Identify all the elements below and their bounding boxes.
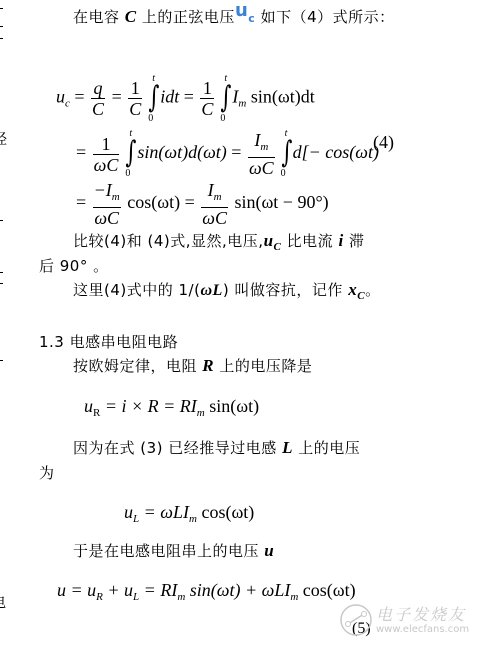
numerator: 1 xyxy=(93,134,120,155)
fraction: qC xyxy=(91,78,105,119)
text: 上的电压降是 xyxy=(219,357,312,375)
paragraph-ohms-law: 按欧姆定律，电阻 R 上的电压降是 xyxy=(73,355,312,376)
equals: = xyxy=(76,142,86,162)
eq-mid: = RI xyxy=(139,580,177,600)
uc-main: u xyxy=(235,0,248,21)
var-r: R xyxy=(202,356,214,375)
fraction: ImωC xyxy=(248,130,275,178)
denominator: C xyxy=(91,99,105,119)
margin-tick xyxy=(0,272,3,273)
var-u: u xyxy=(264,231,274,250)
denominator: C xyxy=(200,99,214,119)
numerator: −Im xyxy=(93,180,121,208)
text: 这里(4)式中的 1/( xyxy=(73,281,200,299)
equation-line-3: = −ImωC cos(ωt) = ImωC sin(ωt − 90°) xyxy=(76,180,329,228)
var-x: x xyxy=(348,280,357,299)
var-c: C xyxy=(125,7,137,26)
paragraph-series-voltage: 于是在电感电阻串上的电压 u xyxy=(73,540,274,561)
sub: R xyxy=(96,591,103,603)
denominator: ωC xyxy=(248,158,275,178)
equation-ur: uR = i × R = RIm sin(ωt) xyxy=(84,396,259,419)
equation-ul: uL = ωLIm cos(ωt) xyxy=(124,502,254,525)
integral-icon: ∫t0 xyxy=(279,134,291,174)
eq-tail: cos(ωt) xyxy=(298,580,355,600)
equals: = xyxy=(184,87,194,107)
denominator: ωC xyxy=(201,208,228,228)
sub: C xyxy=(274,241,282,253)
numerator: q xyxy=(91,78,105,99)
margin-glyph: 经 xyxy=(0,128,7,149)
eq-u: u xyxy=(84,396,93,416)
equals: = xyxy=(112,87,122,107)
paragraph-comparison-line2: 后 90° 。 xyxy=(39,255,109,276)
int-lower: 0 xyxy=(220,113,225,124)
sub: m xyxy=(189,513,197,525)
paragraph-intro: 在电容 C 上的正弦电压uc 如下（4）式所示： xyxy=(73,6,395,27)
margin-tick xyxy=(0,26,3,27)
integrand: sin(ωt)d(ωt) xyxy=(137,142,226,162)
equals: = xyxy=(74,87,84,107)
equation-number: (4) xyxy=(373,132,394,153)
denominator: C xyxy=(128,99,142,119)
num-text: −I xyxy=(94,180,112,200)
fraction: ImωC xyxy=(201,180,228,228)
paragraph-inductor-voltage: 因为在式 (3) 已经推导过电感 L 上的电压 xyxy=(73,437,360,458)
var-omega-l: ωL xyxy=(200,282,222,299)
equals: = xyxy=(231,142,241,162)
fraction: 1ωC xyxy=(93,134,120,175)
margin-tick xyxy=(0,220,3,221)
integrand-rest: sin(ωt)dt xyxy=(246,87,314,107)
fraction: 1C xyxy=(200,78,214,119)
integrand: idt xyxy=(160,87,179,107)
var-u: u xyxy=(264,541,274,560)
eq-plus: + u xyxy=(103,580,133,600)
uc-sub: c xyxy=(248,12,255,25)
eq-lhs: u xyxy=(56,87,65,107)
int-upper: t xyxy=(129,128,132,139)
eq-tail: sin(ωt − 90°) xyxy=(234,192,328,212)
paragraph-capacitive-reactance: 这里(4)式中的 1/(ωL) 叫做容抗，记作 xC。 xyxy=(73,279,381,302)
section-heading: 1.3 电感串电阻电路 xyxy=(39,331,178,352)
text: 于是在电感电阻串上的电压 xyxy=(73,542,259,560)
margin-glyph: 电 xyxy=(0,591,6,612)
int-lower: 0 xyxy=(148,113,153,124)
integral-icon: ∫t0 xyxy=(123,134,135,174)
eq-rest: = ωLI xyxy=(139,502,189,522)
eq-rest: = i × R = RI xyxy=(100,396,196,416)
int-upper: t xyxy=(224,73,227,84)
int-upper: t xyxy=(285,128,288,139)
var-l: L xyxy=(282,438,293,457)
fraction: 1C xyxy=(128,78,142,119)
text: 如下（4）式所示： xyxy=(261,8,395,26)
integral-icon: ∫t0 xyxy=(218,79,230,119)
sub: C xyxy=(357,290,365,302)
int-lower: 0 xyxy=(281,168,286,179)
text: 上的正弦电压 xyxy=(142,8,235,26)
int-upper: t xyxy=(152,73,155,84)
eq-u: u xyxy=(124,502,133,522)
sub: m xyxy=(197,407,205,419)
uc-symbol: uc xyxy=(235,8,255,26)
margin-tick xyxy=(0,360,3,361)
watermark-url: www.elecfans.com xyxy=(376,624,469,635)
margin-tick xyxy=(0,283,3,284)
equation-uc-definition: uc = qC = 1C∫t0idt = 1C∫t0Im sin(ωt)dt xyxy=(56,78,315,119)
numerator: 1 xyxy=(200,78,214,99)
integrand: d[− cos(ωt) xyxy=(293,142,379,162)
sub: m xyxy=(112,191,120,203)
text: ) 叫做容抗，记作 xyxy=(223,281,343,299)
equals: = xyxy=(76,192,86,212)
equation-line-2: = 1ωC∫t0sin(ωt)d(ωt) = ImωC∫t0d[− cos(ωt… xyxy=(76,130,379,178)
watermark-cn: 电子发烧友 xyxy=(376,602,466,625)
text: 滞 xyxy=(349,232,365,250)
eq-middle: cos(ωt) = xyxy=(127,192,194,212)
text: 比电流 xyxy=(287,232,334,250)
watermark-logo-icon xyxy=(338,602,374,638)
var-i: i xyxy=(338,231,343,250)
paragraph-comparison: 比较(4)和 (4)式,显然,电压,uC 比电流 i 滞 xyxy=(73,230,365,253)
margin-glyph: 。 xyxy=(0,246,5,265)
text: 比较(4)和 (4)式,显然,电压, xyxy=(73,232,264,250)
text: 。 xyxy=(365,281,381,299)
denominator: ωC xyxy=(93,208,121,228)
eq-tail: sin(ωt) xyxy=(205,396,259,416)
sub: m xyxy=(214,191,222,203)
eq-tail: cos(ωt) xyxy=(197,502,254,522)
numerator: 1 xyxy=(128,78,142,99)
integral-icon: ∫t0 xyxy=(146,79,158,119)
text: 上的电压 xyxy=(298,439,360,457)
sub: m xyxy=(260,141,268,153)
margin-tick xyxy=(0,38,3,39)
eq-lhs-sub: c xyxy=(65,98,70,110)
text: 按欧姆定律，电阻 xyxy=(73,357,197,375)
int-lower: 0 xyxy=(125,168,130,179)
margin-tick xyxy=(0,8,3,9)
equation-series-sum: u = uR + uL = RIm sin(ωt) + ωLIm cos(ωt) xyxy=(57,580,356,603)
text: 因为在式 (3) 已经推导过电感 xyxy=(73,439,277,457)
numerator: Im xyxy=(248,130,275,158)
denominator: ωC xyxy=(93,155,120,175)
text: 在电容 xyxy=(73,8,120,26)
eq-mid2: sin(ωt) + ωLI xyxy=(185,580,290,600)
numerator: Im xyxy=(201,180,228,208)
eq-text: u = u xyxy=(57,580,96,600)
paragraph-inductor-voltage-line2: 为 xyxy=(39,462,55,483)
fraction: −ImωC xyxy=(93,180,121,228)
